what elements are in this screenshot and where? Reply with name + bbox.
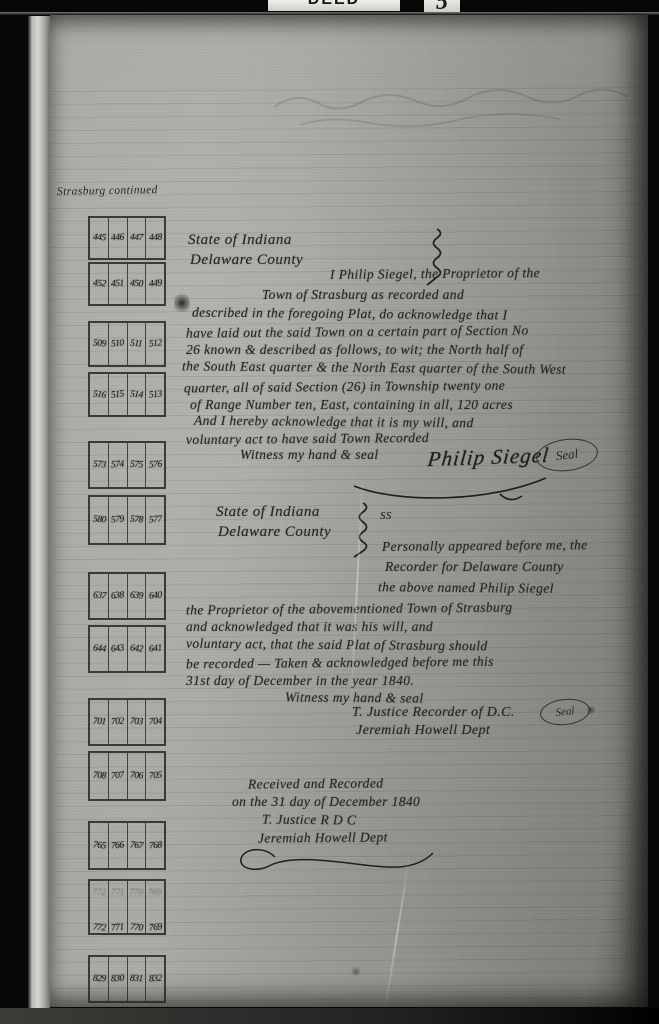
handwritten-line: Received and Recorded xyxy=(248,775,383,792)
recorder-signature: T. Justice Recorder of D.C. xyxy=(352,705,515,721)
ack1-seal-text: Seal xyxy=(555,446,579,465)
plat-lot-cell: 516 xyxy=(90,374,109,415)
plat-lot-cell: 768 xyxy=(146,823,164,868)
handwritten-line: And I hereby acknowledge that it is my w… xyxy=(194,413,474,431)
lot-number: 832 xyxy=(148,974,161,985)
lot-number: 707 xyxy=(111,771,124,782)
handwritten-line: the South East quarter & the North East … xyxy=(182,358,566,377)
lot-number: 638 xyxy=(111,590,125,601)
ack2-seal: Seal xyxy=(539,696,591,727)
ack2-ss-mark: ss xyxy=(380,507,392,524)
plat-grid: 452451450449 xyxy=(88,262,166,306)
handwritten-line: I Philip Siegel, the Proprietor of the xyxy=(330,265,540,283)
lot-number: 451 xyxy=(111,279,124,290)
ack1-seal: Seal xyxy=(534,435,599,474)
ledger-page: Strasburg continued 44544644744845245145… xyxy=(50,15,648,1007)
handwritten-line: be recorded — Taken & acknowledged befor… xyxy=(186,654,494,673)
plat-lot-cell: 579 xyxy=(109,497,128,543)
lot-number-ghost: 772 xyxy=(90,887,109,897)
plat-lot-cell: 513 xyxy=(146,374,164,415)
plat-lot-cell: 446 xyxy=(109,218,128,258)
handwritten-line: have laid out the said Town on a certain… xyxy=(186,323,529,342)
lot-number: 641 xyxy=(148,643,162,654)
ack2-venue-brace xyxy=(352,501,374,559)
lot-number: 573 xyxy=(92,460,105,471)
ink-speck xyxy=(586,705,596,715)
plat-grid: 516515514513 xyxy=(88,372,166,417)
lot-number: 512 xyxy=(148,338,162,349)
recorder-flourish xyxy=(235,843,445,873)
plat-lot-cell: 577 xyxy=(146,497,164,543)
handwritten-line: voluntary act, that the said Plat of Str… xyxy=(186,636,488,655)
handwritten-line: T. Justice R D C xyxy=(262,812,356,829)
plat-grid: 637638639640 xyxy=(88,572,166,620)
plat-lot-cell: 576 xyxy=(146,443,164,487)
smudged-lot-numbers: 772771770769 xyxy=(90,887,164,897)
lot-number: 447 xyxy=(130,233,143,244)
plat-lot-cell: 706 xyxy=(128,753,147,799)
deed-record-label: DEED RECORD xyxy=(268,0,400,11)
lot-number: 770 xyxy=(130,922,144,933)
handwritten-line: quarter, all of said Section (26) in Tow… xyxy=(184,378,505,397)
plat-grid: 445446447448 xyxy=(88,216,166,260)
plat-grid: 644643642641 xyxy=(88,625,166,673)
ack2-venue-state: State of Indiana xyxy=(216,504,320,521)
page-binding-edge xyxy=(28,16,50,1008)
plat-lot-cell: 515 xyxy=(109,374,128,415)
plat-lot-cell: 451 xyxy=(109,264,128,304)
plat-lot-cell: 447 xyxy=(128,218,147,258)
lot-number: 766 xyxy=(111,840,125,851)
plat-lot-cell: 637 xyxy=(90,574,109,618)
plat-lot-cell: 708 xyxy=(90,753,109,799)
lot-number: 767 xyxy=(130,840,144,851)
ink-blot xyxy=(174,291,190,315)
ink-speck-2 xyxy=(350,967,362,976)
plat-lot-cell: 573 xyxy=(90,443,109,487)
plat-lot-cell: 707 xyxy=(109,753,128,799)
deputy-signature: Jeremiah Howell Dept xyxy=(356,723,490,739)
lot-number: 643 xyxy=(111,643,125,654)
lot-number-ghost: 771 xyxy=(109,887,128,897)
plat-grid: 509510511512 xyxy=(88,321,166,367)
lot-number: 644 xyxy=(92,643,106,654)
plat-lot-cell: 449 xyxy=(146,264,164,304)
plat-lot-cell: 450 xyxy=(128,264,147,304)
plat-lot-cell: 509 xyxy=(90,323,109,365)
lot-number: 448 xyxy=(148,233,161,244)
deed-record-text: DEED RECORD xyxy=(268,0,400,11)
handwritten-line: the above named Philip Siegel xyxy=(378,579,554,597)
lot-number: 705 xyxy=(148,771,161,782)
plat-lot-cell: 704 xyxy=(146,700,164,744)
lot-number: 708 xyxy=(92,771,105,782)
handwritten-line: 31st day of December in the year 1840. xyxy=(186,673,414,689)
lot-number: 637 xyxy=(92,590,106,601)
column-header: Strasburg continued xyxy=(57,184,158,198)
plat-lot-cell: 580 xyxy=(90,497,109,543)
handwritten-line: Recorder for Delaware County xyxy=(385,559,564,575)
handwritten-line: voluntary act to have said Town Recorded xyxy=(186,430,429,448)
lot-number: 445 xyxy=(92,233,105,244)
handwritten-line: 26 known & described as follows, to wit;… xyxy=(186,342,523,358)
lot-number: 576 xyxy=(148,460,161,471)
plat-lot-cell: 830 xyxy=(109,957,128,1001)
plat-lot-cell: 574 xyxy=(109,443,128,487)
handwritten-line: Town of Strasburg as recorded and xyxy=(262,287,464,303)
plat-lot-cell: 452 xyxy=(90,264,109,304)
ack1-venue-state: State of Indiana xyxy=(188,232,292,249)
lot-number: 829 xyxy=(92,974,105,985)
scan-frame: DEED RECORD 5 Strasburg continued 445446… xyxy=(0,0,659,1024)
lot-number: 509 xyxy=(92,338,106,349)
lot-number: 511 xyxy=(130,338,143,349)
plat-lot-cell: 829 xyxy=(90,957,109,1001)
lot-number-ghost: 769 xyxy=(146,887,165,897)
handwritten-line: on the 31 day of December 1840 xyxy=(232,794,420,810)
handwritten-line: and acknowledged that it was his will, a… xyxy=(186,619,433,635)
plat-lot-cell: 766 xyxy=(109,823,128,868)
handwritten-line: the Proprietor of the abovementioned Tow… xyxy=(186,600,513,619)
lot-number: 513 xyxy=(148,389,162,400)
lot-number: 703 xyxy=(130,717,143,728)
signature-flourish xyxy=(350,470,590,504)
lot-number: 574 xyxy=(111,460,124,471)
lot-number: 575 xyxy=(130,460,143,471)
philip-siegel-signature: Philip Siegel xyxy=(426,443,550,472)
plat-lot-cell: 832 xyxy=(146,957,164,1001)
page-content: Strasburg continued 44544644744845245145… xyxy=(50,15,648,1007)
lot-number: 516 xyxy=(92,389,106,400)
plat-lot-cell: 705 xyxy=(146,753,164,799)
plat-grid: 701702703704 xyxy=(88,698,166,746)
lot-number: 446 xyxy=(111,233,124,244)
plat-lot-cell: 640 xyxy=(146,574,164,618)
ack1-venue-county: Delaware County xyxy=(190,252,303,269)
plat-lot-cell: 575 xyxy=(128,443,147,487)
plat-lot-cell: 643 xyxy=(109,627,128,671)
lot-number: 772 xyxy=(92,922,106,933)
plat-lot-cell: 638 xyxy=(109,574,128,618)
ack2-seal-text: Seal xyxy=(555,705,575,719)
paper-crease-2 xyxy=(383,856,410,1014)
handwritten-line: described in the foregoing Plat, do ackn… xyxy=(192,305,508,324)
lot-number: 771 xyxy=(111,922,125,933)
plat-lot-cell: 767 xyxy=(128,823,147,868)
lot-number: 830 xyxy=(111,974,124,985)
plat-lot-cell: 701 xyxy=(90,700,109,744)
plat-lot-cell: 578 xyxy=(128,497,147,543)
lot-number: 769 xyxy=(148,922,162,933)
lot-number: 452 xyxy=(92,279,105,290)
plat-lot-cell: 512 xyxy=(146,323,164,365)
plat-grid: 765766767768 xyxy=(88,821,166,870)
faded-pen-marks xyxy=(270,77,650,137)
plat-lot-cell: 702 xyxy=(109,700,128,744)
lot-number: 639 xyxy=(130,590,144,601)
plat-grid: 573574575576 xyxy=(88,441,166,489)
plat-lot-cell: 510 xyxy=(109,323,128,365)
plat-grid: 708707706705 xyxy=(88,751,166,801)
plat-grid: 580579578577 xyxy=(88,495,166,545)
lot-number: 450 xyxy=(130,279,143,290)
lot-number: 579 xyxy=(111,515,124,526)
lot-number: 514 xyxy=(130,389,144,400)
lot-number: 701 xyxy=(92,717,105,728)
lot-number: 515 xyxy=(111,389,125,400)
lot-number-ghost: 770 xyxy=(127,887,146,897)
lot-number: 704 xyxy=(148,717,161,728)
plat-lot-cell: 514 xyxy=(128,374,147,415)
lot-number: 510 xyxy=(111,338,125,349)
plat-lot-cell: 448 xyxy=(146,218,164,258)
lot-number: 577 xyxy=(148,515,161,526)
lot-number: 640 xyxy=(148,590,162,601)
lot-number: 702 xyxy=(111,717,124,728)
plat-lot-cell: 703 xyxy=(128,700,147,744)
lot-number: 578 xyxy=(130,515,143,526)
plat-lot-cell: 642 xyxy=(128,627,147,671)
plat-lot-cell: 511 xyxy=(128,323,147,365)
lot-number: 765 xyxy=(92,840,106,851)
handwritten-line: of Range Number ten, East, containing in… xyxy=(190,397,513,413)
lot-number: 706 xyxy=(130,771,143,782)
handwritten-line: Witness my hand & seal xyxy=(240,447,379,463)
plat-lot-cell: 644 xyxy=(90,627,109,671)
lot-number: 449 xyxy=(148,279,161,290)
plat-grid: 829830831832 xyxy=(88,955,166,1003)
ack2-venue-county: Delaware County xyxy=(218,524,331,541)
plat-lot-cell: 641 xyxy=(146,627,164,671)
lot-number: 642 xyxy=(130,643,144,654)
plat-lot-cell: 831 xyxy=(128,957,147,1001)
lot-number: 768 xyxy=(148,840,162,851)
lot-number: 580 xyxy=(92,515,105,526)
lot-number: 831 xyxy=(130,974,143,985)
scan-bottom-band xyxy=(0,1008,659,1024)
plat-lot-cell: 765 xyxy=(90,823,109,868)
plat-lot-cell: 639 xyxy=(128,574,147,618)
handwritten-line: Personally appeared before me, the xyxy=(382,537,588,555)
plat-lot-cell: 445 xyxy=(90,218,109,258)
